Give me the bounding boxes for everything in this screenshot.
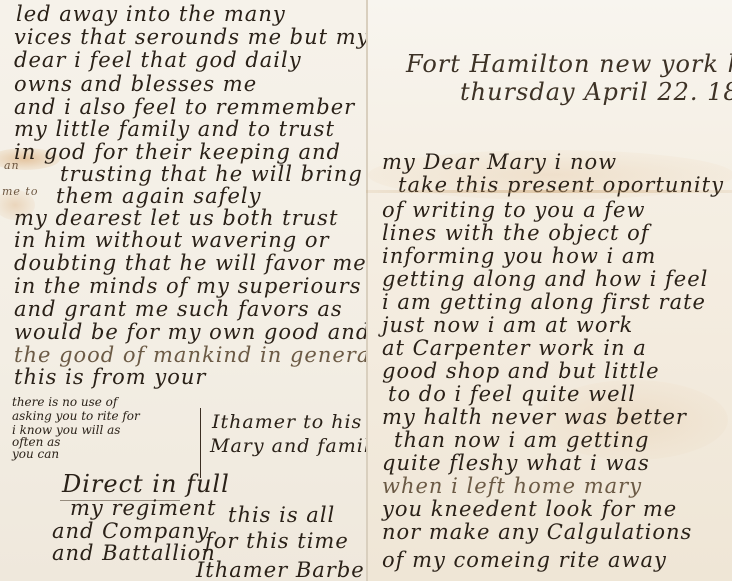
letter-line: this is from your: [14, 365, 206, 389]
letter-line: and i also feel to remmember: [14, 95, 355, 119]
letter-line: just now i am at work: [382, 313, 633, 337]
letter-line: trusting that he will bring: [60, 162, 363, 186]
letter-line: getting along and how i feel: [382, 267, 708, 291]
letter-line: owns and blesses me: [14, 72, 257, 96]
closing-line: this is all: [228, 503, 335, 527]
letter-line: when i left home mary: [382, 474, 642, 498]
letter-line: in the minds of my superiours: [14, 274, 362, 298]
letter-line: in him without wavering or: [14, 228, 330, 252]
side-note-line: asking you to rite for: [12, 410, 140, 423]
closing-line: and Battallion: [52, 541, 216, 565]
signature-block-line: Mary and family: [210, 434, 383, 458]
closing-line: and Company: [52, 519, 209, 543]
letter-line: than now i am getting: [394, 428, 649, 452]
margin-note: an: [4, 154, 20, 178]
letter-line: you kneedent look for me: [382, 497, 677, 521]
letter-line: quite fleshy what i was: [382, 451, 650, 475]
letter-line: my Dear Mary i now: [382, 150, 617, 174]
letter-line: the good of mankind in general: [14, 343, 378, 367]
place-line: Fort Hamilton new york hard: [406, 52, 732, 76]
letter-line: my little family and to trust: [14, 117, 335, 141]
side-note-line: there is no use of: [12, 396, 117, 409]
letter-line: vices that serounds me but my: [14, 25, 370, 49]
letter-line: to do i feel quite well: [388, 382, 636, 406]
letter-line: take this present oportunity: [398, 173, 724, 197]
letter-line: nor make any Calgulations: [382, 520, 692, 544]
closing-line: for this time: [205, 529, 349, 553]
side-note-line: you can: [12, 448, 59, 461]
signature-block-line: Ithamer to his: [212, 410, 362, 434]
bracket: [200, 408, 207, 478]
paper-fold: [366, 190, 732, 193]
letter-line: would be for my own good and: [14, 320, 370, 344]
closing-line: my regiment: [70, 496, 216, 520]
left-page: led away into the many vices that seroun…: [0, 0, 366, 581]
letter-line: led away into the many: [16, 2, 286, 26]
closing-line: Direct in full: [62, 472, 230, 496]
date-line: thursday April 22. 1864: [460, 80, 732, 104]
letter-line: of my comeing rite away: [382, 548, 667, 572]
letter-line: doubting that he will favor me: [14, 251, 367, 275]
letter-line: lines with the object of: [382, 221, 650, 245]
letter-line: good shop and but little: [382, 359, 660, 383]
letter-line: dear i feel that god daily: [14, 48, 302, 72]
signature: Ithamer Barber: [196, 558, 376, 581]
letter-line: my halth never was better: [382, 405, 687, 429]
letter-line: them again safely: [56, 184, 261, 208]
margin-note: me to: [2, 180, 38, 204]
letter-line: my dearest let us both trust: [14, 206, 338, 230]
letter-line: in god for their keeping and: [14, 140, 341, 164]
letter-line: of writing to you a few: [382, 198, 645, 222]
letter-line: informing you how i am: [382, 244, 656, 268]
right-page: Fort Hamilton new york hard thursday Apr…: [366, 0, 732, 581]
letter-line: at Carpenter work in a: [382, 336, 647, 360]
letter-line: i am getting along first rate: [382, 290, 706, 314]
letter-line: and grant me such favors as: [14, 297, 343, 321]
